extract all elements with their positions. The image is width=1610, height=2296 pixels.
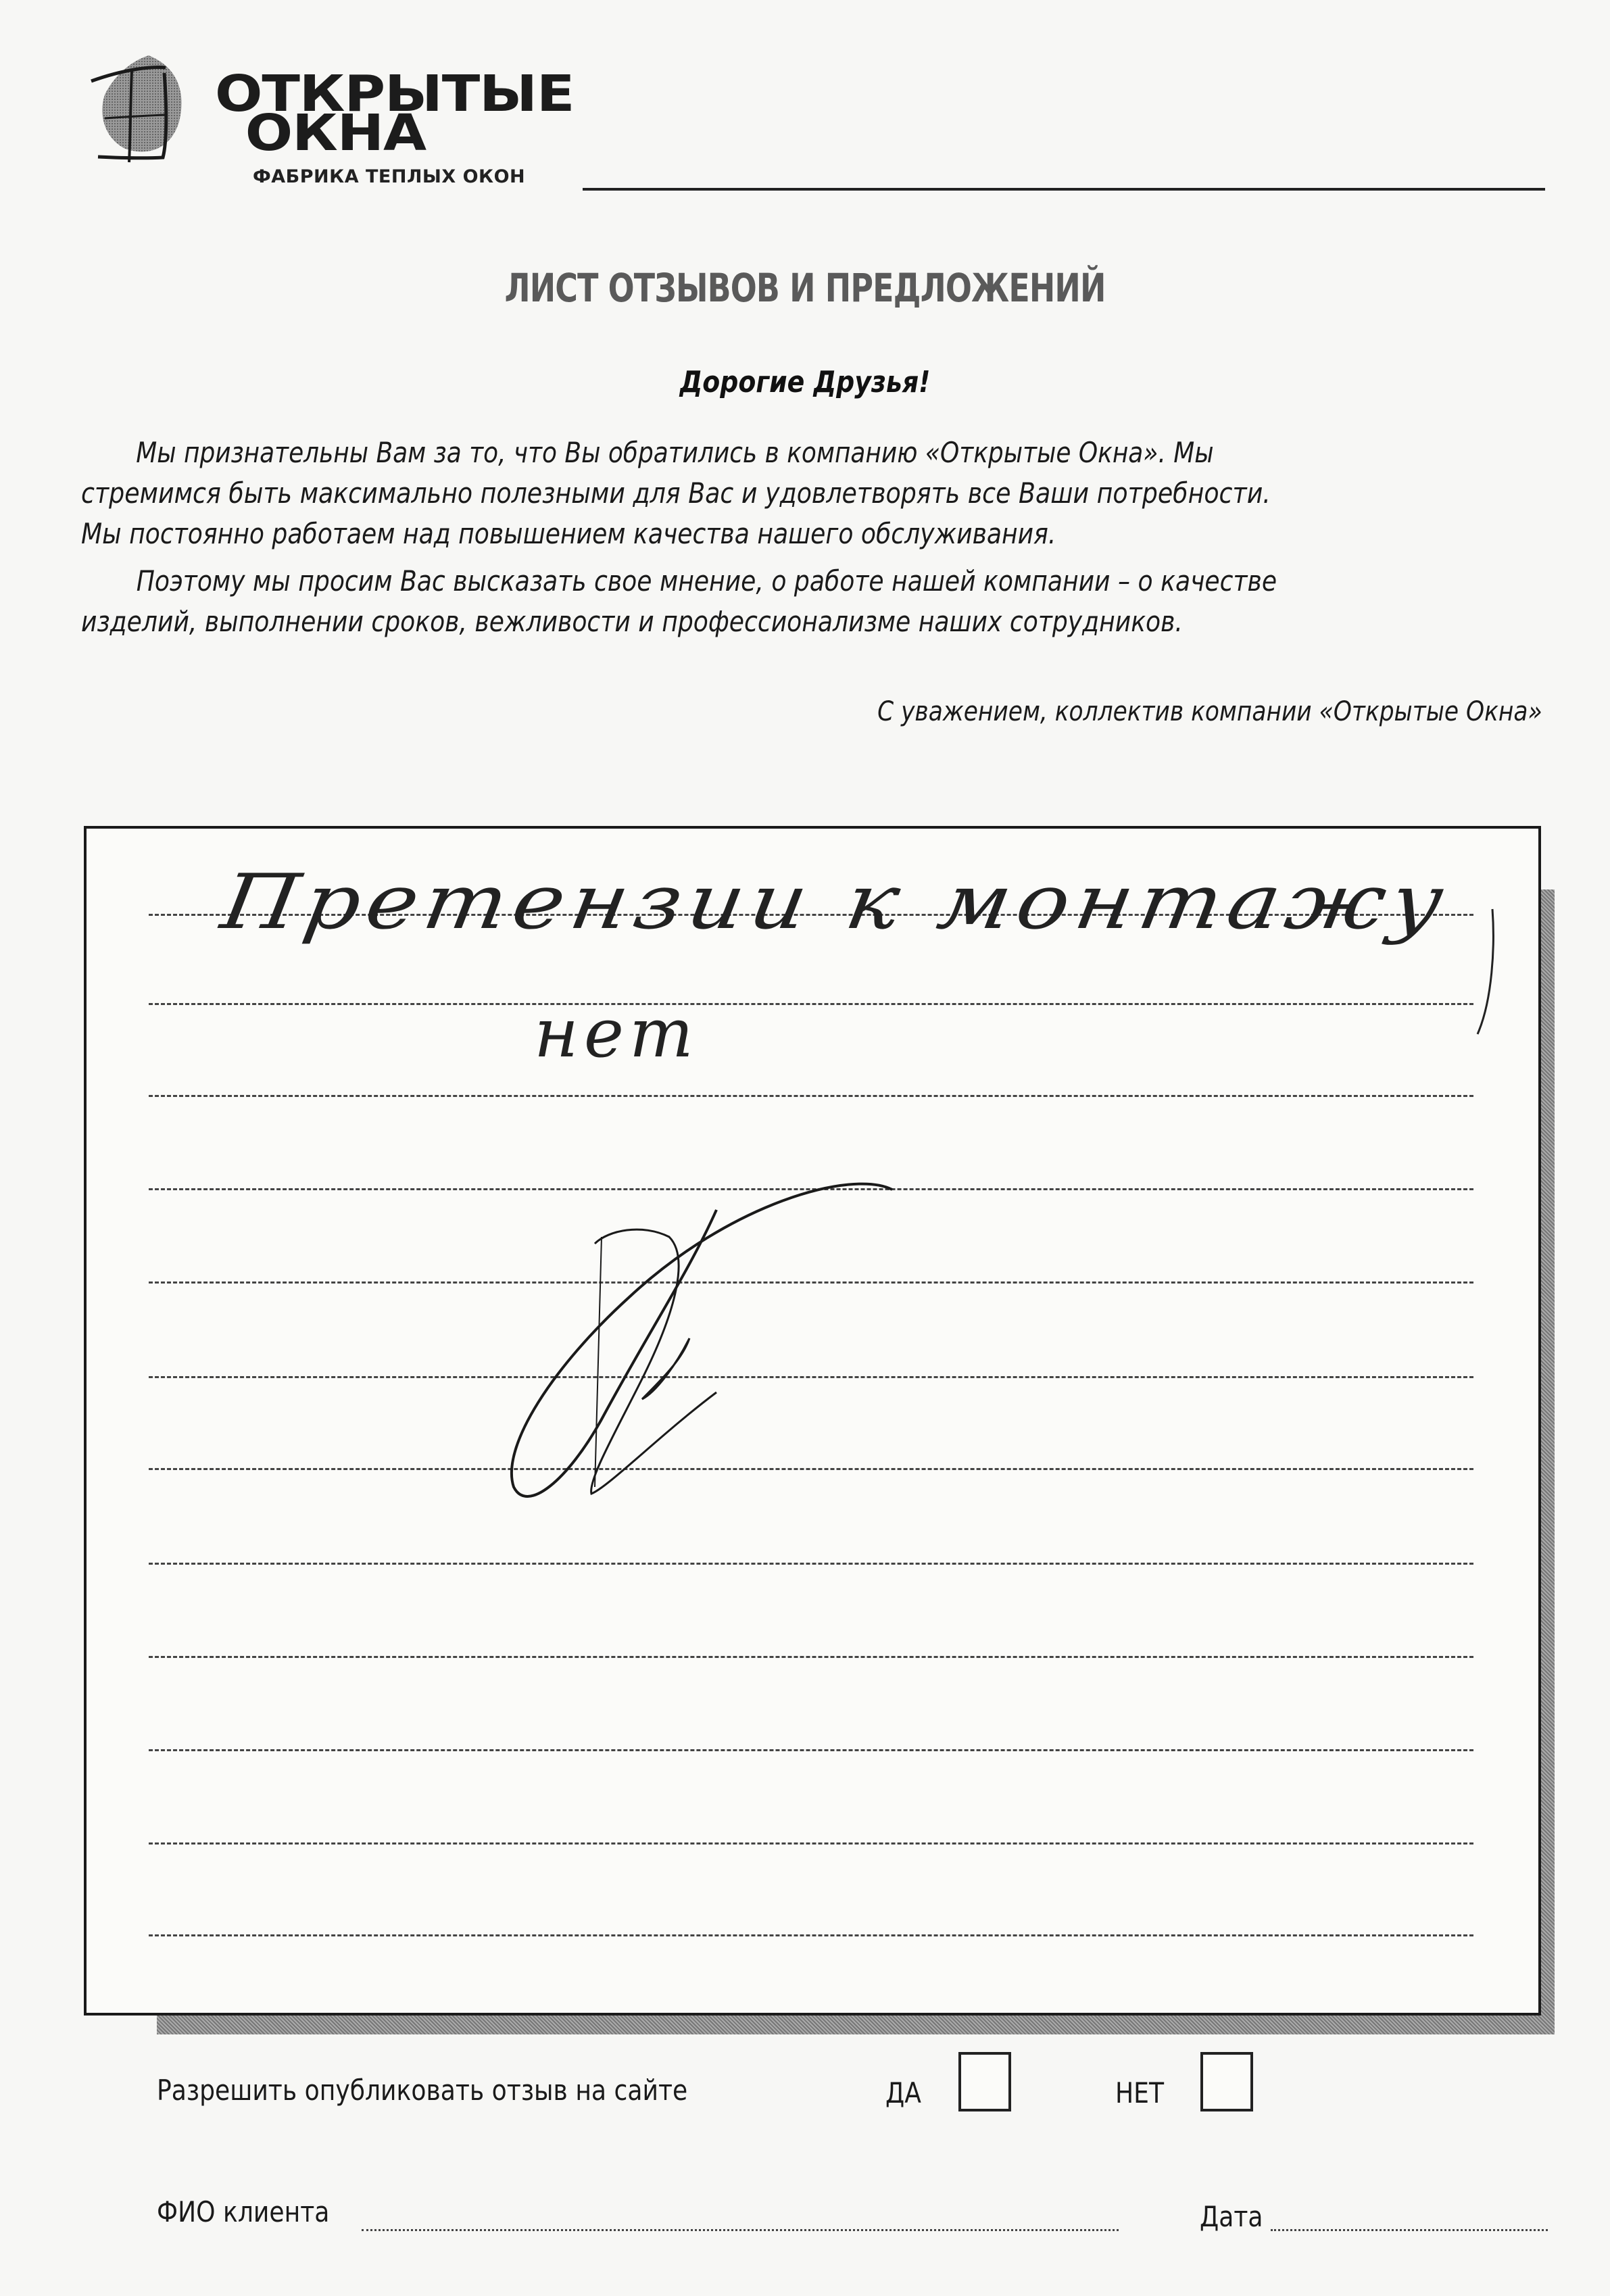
intro-paragraph-2: Поэтому мы просим Вас высказать свое мне… — [81, 561, 1542, 642]
closing-signoff: С уважением, коллектив компании «Открыты… — [877, 696, 1542, 727]
ruled-line — [149, 1563, 1473, 1565]
intro-line: Мы постоянно работаем над повышением кач… — [81, 514, 1338, 554]
ruled-line — [149, 1934, 1473, 1936]
publish-yes-checkbox[interactable] — [958, 2052, 1011, 2111]
logo-wordmark: ОТКРЫТЫЕ ОКНА — [215, 74, 574, 153]
publish-no-checkbox[interactable] — [1200, 2052, 1253, 2111]
ruled-line — [149, 1095, 1473, 1097]
yes-label: ДА — [885, 2076, 921, 2109]
handwritten-comment-line-1: Претензии к монтажу — [216, 858, 1455, 946]
client-name-label: ФИО клиента — [157, 2195, 329, 2228]
no-label: НЕТ — [1115, 2076, 1164, 2109]
signature-icon — [473, 1163, 946, 1514]
intro-line: Поэтому мы просим Вас высказать свое мне… — [81, 561, 1338, 602]
ruled-line — [149, 1003, 1473, 1005]
handwritten-bracket — [1472, 906, 1499, 1041]
logo-icon — [84, 47, 213, 172]
logo-tagline: ФАБРИКА ТЕПЛЫХ ОКОН — [253, 166, 525, 187]
date-field[interactable] — [1271, 2229, 1548, 2231]
ruled-line — [149, 1749, 1473, 1751]
intro-line: стремимся быть максимально полезными для… — [81, 473, 1345, 514]
ruled-line — [149, 1656, 1473, 1658]
intro-line: Мы признательны Вам за то, что Вы обрати… — [81, 433, 1331, 473]
intro-line: изделий, выполнении сроков, вежливости и… — [81, 602, 1338, 642]
publish-permission-label: Разрешить опубликовать отзыв на сайте — [157, 2074, 687, 2107]
handwritten-comment-line-2: нет — [534, 994, 699, 1073]
date-label: Дата — [1200, 2200, 1263, 2233]
greeting: Дорогие Друзья! — [113, 365, 1498, 399]
header-divider — [583, 188, 1545, 191]
intro-paragraph-1: Мы признательны Вам за то, что Вы обрати… — [81, 433, 1542, 554]
page-title: ЛИСТ ОТЗЫВОВ И ПРЕДЛОЖЕНИЙ — [97, 265, 1513, 311]
client-name-field[interactable] — [362, 2229, 1119, 2231]
ruled-line — [149, 1842, 1473, 1845]
